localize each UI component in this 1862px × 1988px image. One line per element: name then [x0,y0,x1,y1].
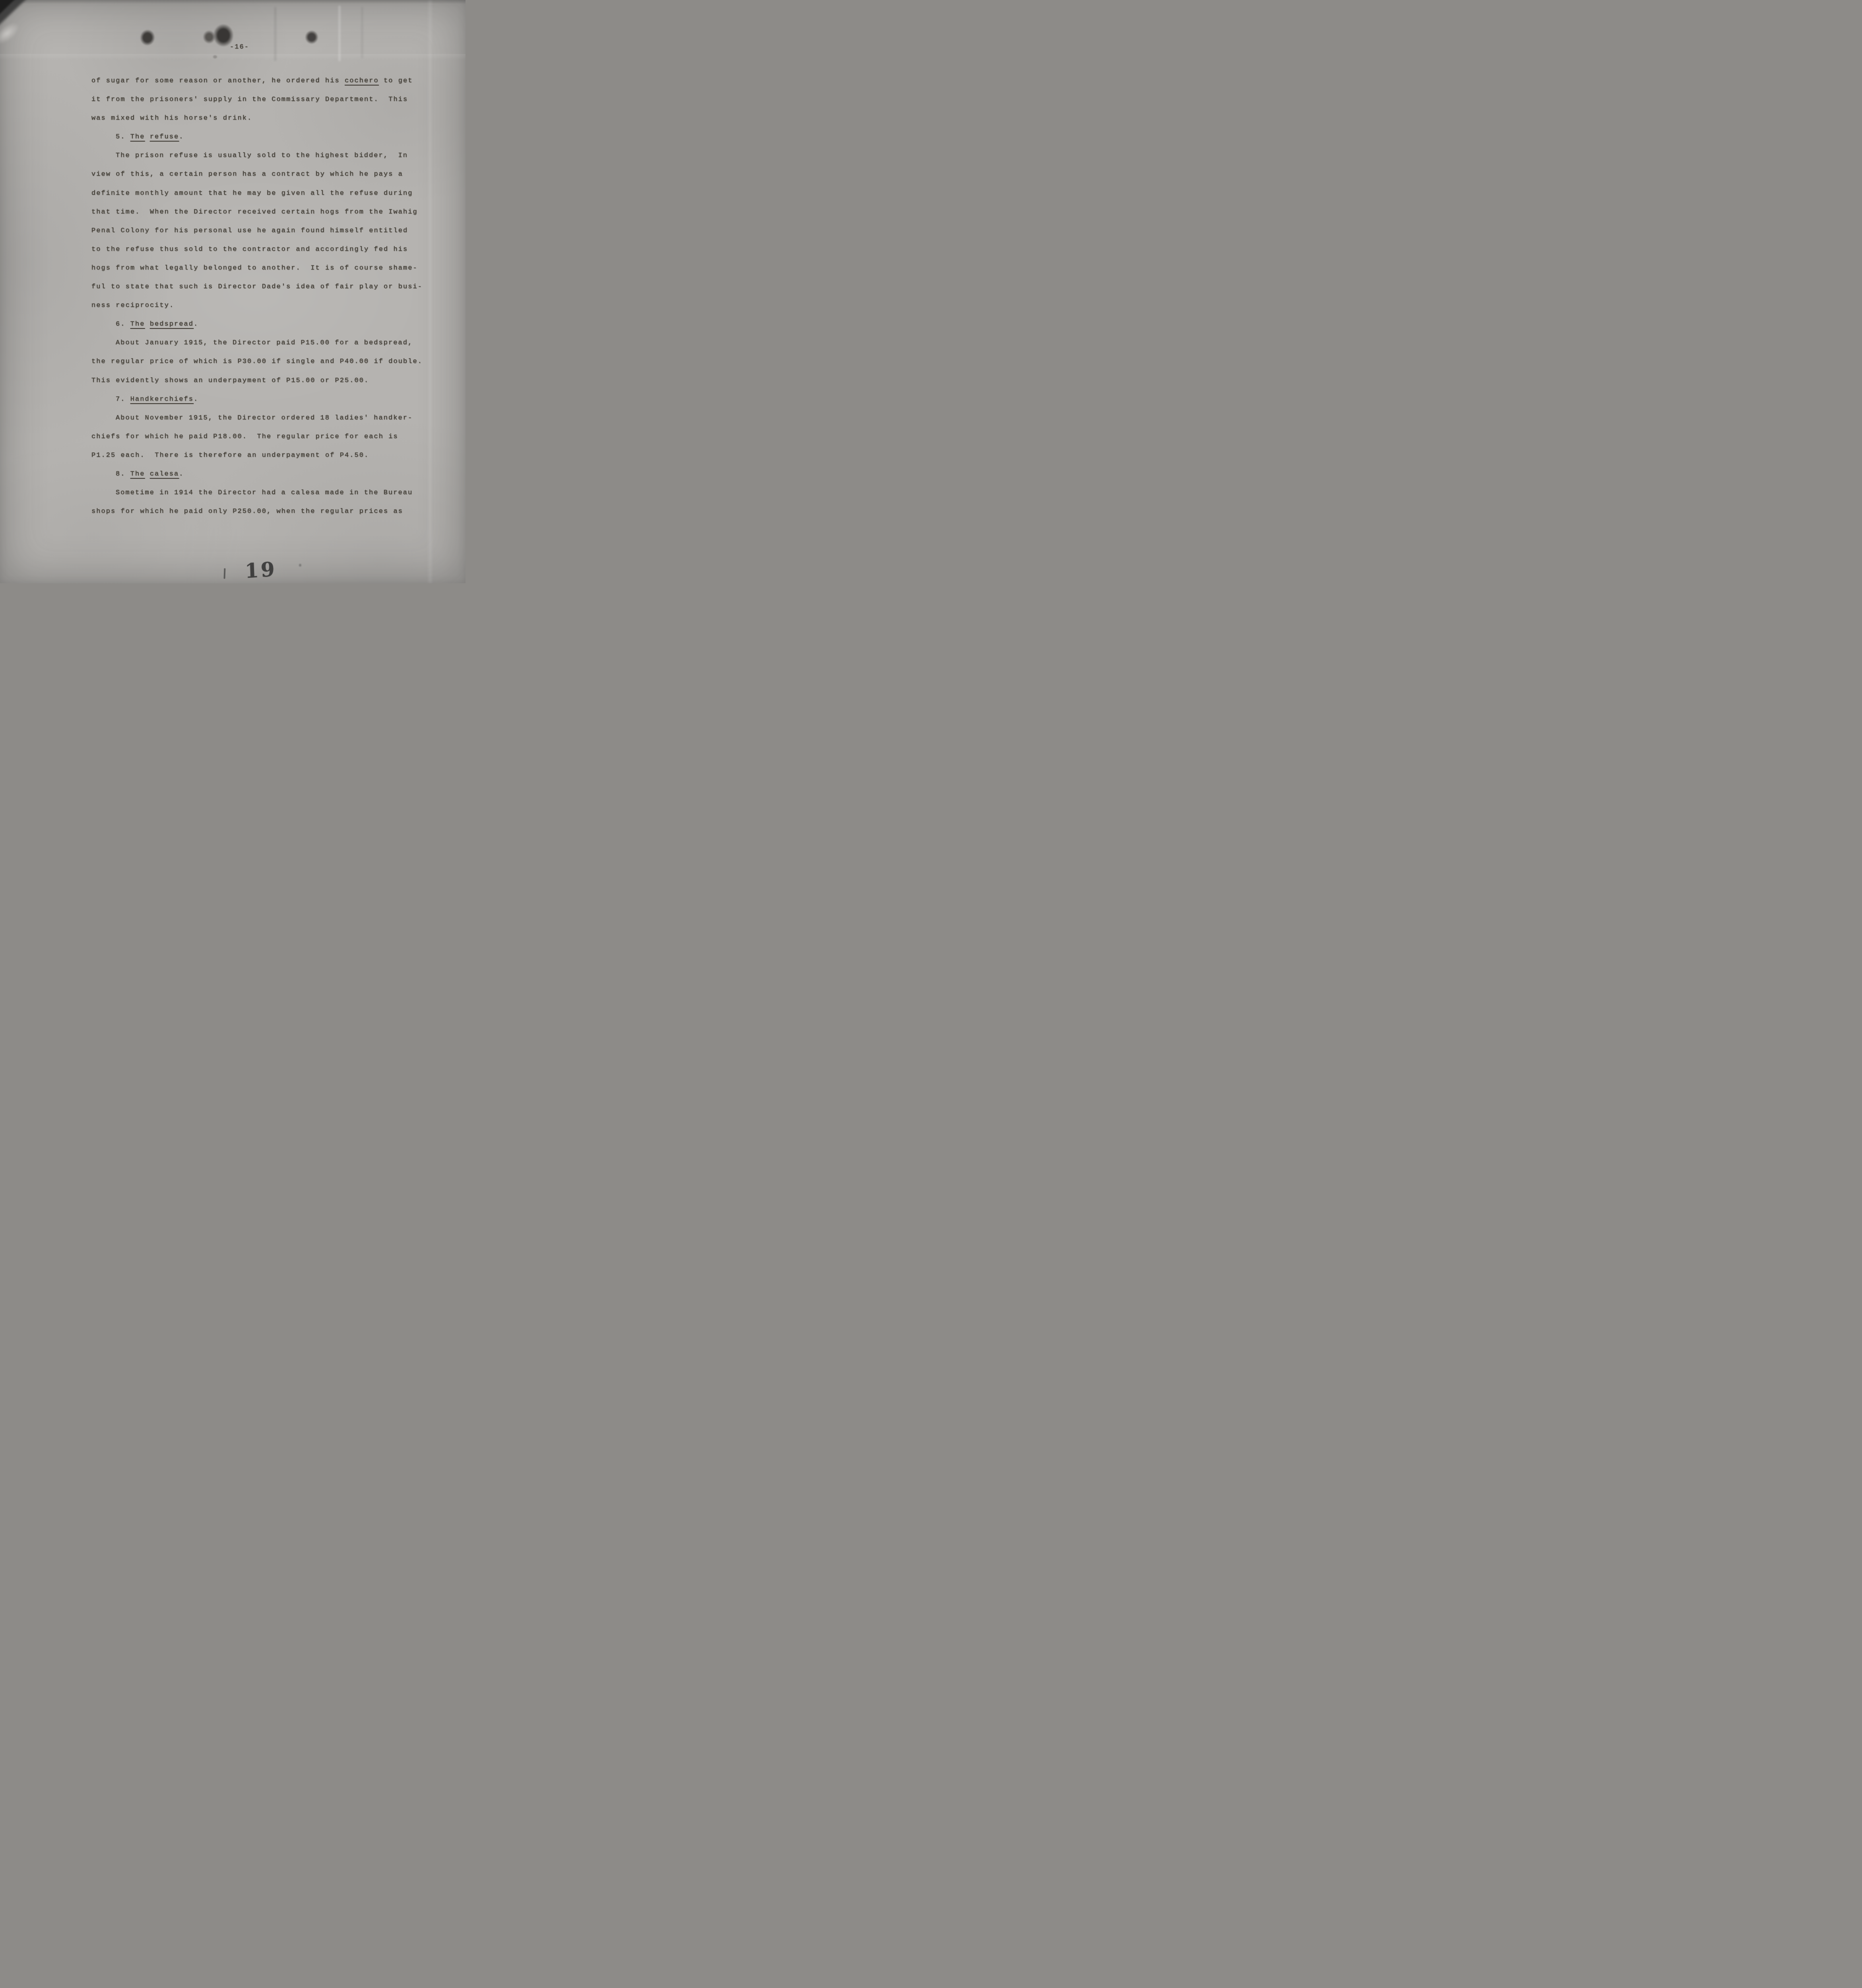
text-segment: 8. [116,470,130,478]
text-line: shops for which he paid only P250.00, wh… [91,502,453,521]
text-segment: 5. [116,133,130,141]
text-segment: view of this, a certain person has a con… [91,171,403,178]
underlined-text-segment: calesa [150,470,179,478]
text-block: of sugar for some reason or another, he … [91,72,453,521]
text-line: Sometime in 1914 the Director had a cale… [91,483,453,502]
text-segment: hogs from what legally belonged to anoth… [91,264,418,272]
text-segment: The prison refuse is usually sold to the… [116,152,408,159]
text-line: was mixed with his horse's drink. [91,109,453,128]
scan-top-edge-shadow [0,0,465,4]
section-heading-line: 8. The calesa. [91,465,453,483]
text-segment: . [194,396,198,403]
text-segment: P1.25 each. There is therefore an underp… [91,452,369,459]
smudge-dot [299,564,301,567]
text-segment: to get [379,77,413,85]
text-segment: About January 1915, the Director paid P1… [116,339,413,347]
smudge-mark [213,55,217,58]
text-segment: it from the prisoners' supply in the Com… [91,96,408,103]
underlined-text-segment: refuse [150,133,179,141]
text-line: chiefs for which he paid P18.00. The reg… [91,427,453,446]
text-segment [145,470,150,478]
text-line: Penal Colony for his personal use he aga… [91,221,453,240]
text-line: it from the prisoners' supply in the Com… [91,90,453,109]
text-line: ness reciprocity. [91,296,453,315]
text-segment: shops for which he paid only P250.00, wh… [91,508,403,515]
section-heading-line: 5. The refuse. [91,128,453,146]
scan-streak-dark [361,7,363,58]
underlined-text-segment: Handkerchiefs [130,396,194,403]
text-segment [145,320,150,328]
pencil-tick-mark [224,568,226,579]
text-segment: About November 1915, the Director ordere… [116,414,413,422]
text-line: definite monthly amount that he may be g… [91,184,453,203]
paper-crease [0,54,465,60]
underlined-text-segment: The [130,470,145,478]
text-line: that time. When the Director received ce… [91,203,453,221]
text-segment: 7. [116,396,130,403]
text-line: About November 1915, the Director ordere… [91,409,453,427]
section-heading-line: 7. Handkerchiefs. [91,390,453,409]
text-segment: . [194,320,198,328]
text-line: the regular price of which is P30.00 if … [91,352,453,371]
text-segment: ful to state that such is Director Dade'… [91,283,423,291]
scan-streak-light [338,6,341,61]
text-segment: Sometime in 1914 the Director had a cale… [116,489,413,497]
text-segment: the regular price of which is P30.00 if … [91,358,423,365]
text-segment: . [179,133,184,141]
text-segment: of sugar for some reason or another, he … [91,77,345,85]
text-segment: ness reciprocity. [91,302,174,309]
text-line: to the refuse thus sold to the contracto… [91,240,453,259]
underlined-text-segment: bedspread [150,320,194,328]
text-line: ful to state that such is Director Dade'… [91,278,453,296]
underlined-text-segment: The [130,133,145,141]
text-line: About January 1915, the Director paid P1… [91,334,453,352]
text-line: view of this, a certain person has a con… [91,165,453,184]
ink-stain-right [305,30,318,44]
corner-fold-shadow-core [0,0,18,17]
page-number: -16- [230,43,249,51]
text-segment: This evidently shows an underpayment of … [91,377,369,384]
text-segment: chiefs for which he paid P18.00. The reg… [91,433,398,441]
archive-stamp-number: 19 [244,557,277,583]
ink-stain-left [139,29,156,47]
underlined-text-segment: The [130,320,145,328]
text-segment [145,133,150,141]
text-segment: 6. [116,320,130,328]
text-line: of sugar for some reason or another, he … [91,72,453,90]
text-line: The prison refuse is usually sold to the… [91,146,453,165]
text-segment: that time. When the Director received ce… [91,208,418,216]
text-segment: to the refuse thus sold to the contracto… [91,246,408,253]
text-line: This evidently shows an underpayment of … [91,371,453,390]
text-segment: was mixed with his horse's drink. [91,115,252,122]
section-heading-line: 6. The bedspread. [91,315,453,334]
text-segment: definite monthly amount that he may be g… [91,190,413,197]
underlined-text-segment: cochero [345,77,379,85]
text-segment: . [179,470,184,478]
text-line: P1.25 each. There is therefore an underp… [91,446,453,465]
text-line: hogs from what legally belonged to anoth… [91,259,453,278]
text-segment: Penal Colony for his personal use he aga… [91,227,408,235]
scanned-document-page: -16- of sugar for some reason or another… [0,0,465,583]
scan-streak-dark [274,7,276,61]
